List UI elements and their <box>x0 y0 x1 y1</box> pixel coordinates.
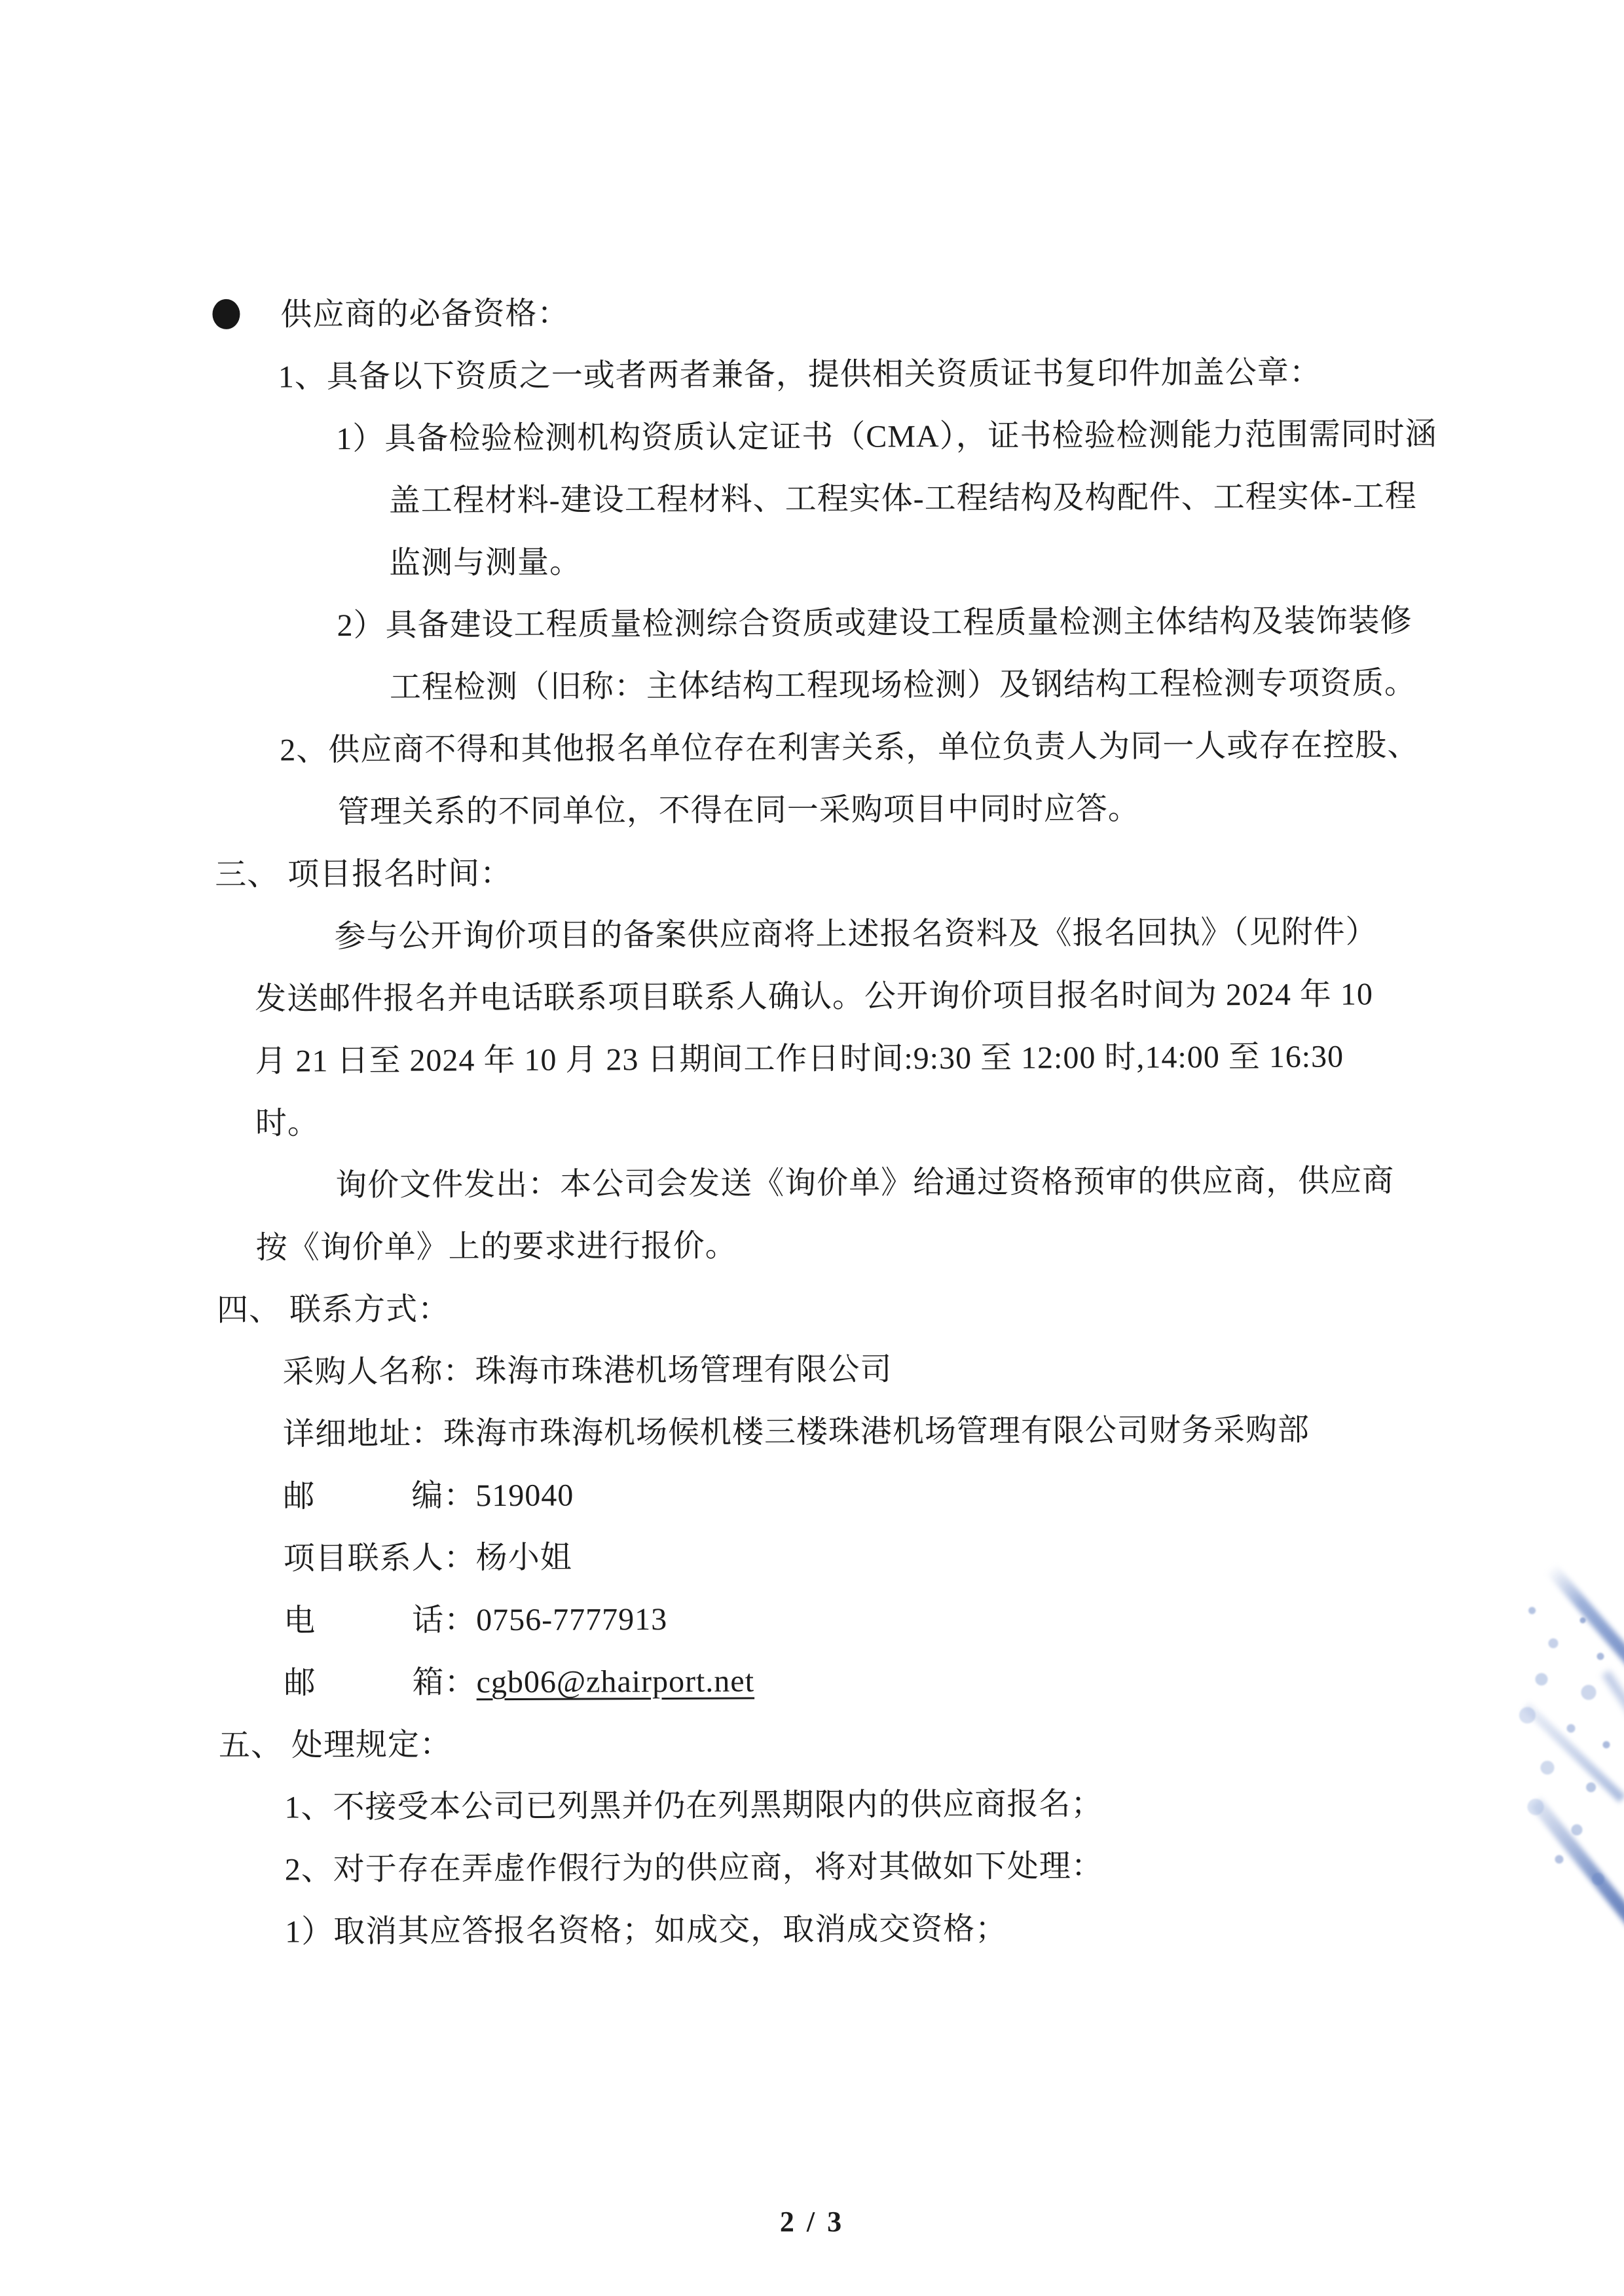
contact-person: 项目联系人：杨小姐 <box>2 1522 1624 1592</box>
document-page: 供应商的必备资格： 1、具备以下资质之一或者两者兼备，提供相关资质证书复印件加盖… <box>0 0 1624 2296</box>
section-3-heading: 三、 项目报名时间： <box>0 838 1623 907</box>
signup-paragraph-1-line-1: 参与公开询价项目的备案供应商将上述报名资料及《报名回执》（见附件） <box>0 900 1623 970</box>
section-4-heading: 四、 联系方式： <box>1 1273 1624 1343</box>
page-number: 2 / 3 <box>0 2205 1624 2238</box>
qualification-item-1-sub-2-line-1: 2）具备建设工程质量检测综合资质或建设工程质量检测主体结构及装饰装修 <box>0 589 1622 659</box>
contact-email-line: 邮 箱：cgb06@zhairport.net <box>2 1647 1624 1716</box>
bullet-icon <box>212 299 240 329</box>
contact-postcode: 邮 编：519040 <box>1 1460 1624 1529</box>
contact-buyer-name: 采购人名称：珠海市珠港机场管理有限公司 <box>1 1336 1624 1405</box>
qualification-item-1-sub-2-line-2: 工程检测（旧称：主体结构工程现场检测）及钢结构工程检测专项资质。 <box>0 651 1622 721</box>
scanned-text-block: 供应商的必备资格： 1、具备以下资质之一或者两者兼备，提供相关资质证书复印件加盖… <box>0 0 1624 2296</box>
qualification-item-2-line-2: 管理关系的不同单位，不得在同一采购项目中同时应答。 <box>0 776 1623 845</box>
signup-paragraph-2-line-1: 询价文件发出：本公司会发送《询价单》给通过资格预审的供应商，供应商 <box>0 1149 1624 1218</box>
rules-item-1: 1、不接受本公司已列黑并仍在列黑期限内的供应商报名； <box>3 1771 1624 1840</box>
rules-item-2-sub-1: 1）取消其应答报名资格；如成交，取消成交资格； <box>3 1895 1624 1965</box>
signup-paragraph-1-line-3: 月 21 日至 2024 年 10 月 23 日期间工作日时间:9:30 至 1… <box>0 1025 1624 1094</box>
qualification-heading: 供应商的必备资格： <box>280 297 569 333</box>
qualification-item-1: 1、具备以下资质之一或者两者兼备，提供相关资质证书复印件加盖公章： <box>0 340 1621 410</box>
signup-paragraph-2-line-2: 按《询价单》上的要求进行报价。 <box>0 1211 1624 1281</box>
qualification-item-1-sub-1-line-3: 监测与测量。 <box>0 527 1621 596</box>
qualification-item-2-line-1: 2、供应商不得和其他报名单位存在利害关系，单位负责人为同一人或存在控股、 <box>0 714 1623 783</box>
section-5-heading: 五、 处理规定： <box>3 1709 1624 1778</box>
document-content: 供应商的必备资格： 1、具备以下资质之一或者两者兼备，提供相关资质证书复印件加盖… <box>0 278 1624 1965</box>
qualification-item-1-sub-1-line-1: 1）具备检验检测机构资质认定证书（CMA），证书检验检测能力范围需同时涵 <box>0 403 1621 472</box>
email-label: 邮 箱： <box>284 1665 476 1700</box>
signup-paragraph-1-line-4: 时。 <box>0 1087 1624 1156</box>
rules-item-2: 2、对于存在弄虚作假行为的供应商，将对其做如下处理： <box>3 1833 1624 1903</box>
contact-phone: 电 话：0756-7777913 <box>2 1584 1624 1654</box>
ink-speckles <box>1506 1591 1624 1918</box>
signup-paragraph-1-line-2: 发送邮件报名并电话联系项目联系人确认。公开询价项目报名时间为 2024 年 10 <box>0 962 1623 1032</box>
qualification-heading-line: 供应商的必备资格： <box>0 278 1621 348</box>
contact-address: 详细地址：珠海市珠海机场候机楼三楼珠港机场管理有限公司财务采购部 <box>1 1398 1624 1467</box>
email-value: cgb06@zhairport.net <box>476 1664 754 1700</box>
qualification-item-1-sub-1-line-2: 盖工程材料-建设工程材料、工程实体-工程结构及构配件、工程实体-工程 <box>0 465 1621 534</box>
